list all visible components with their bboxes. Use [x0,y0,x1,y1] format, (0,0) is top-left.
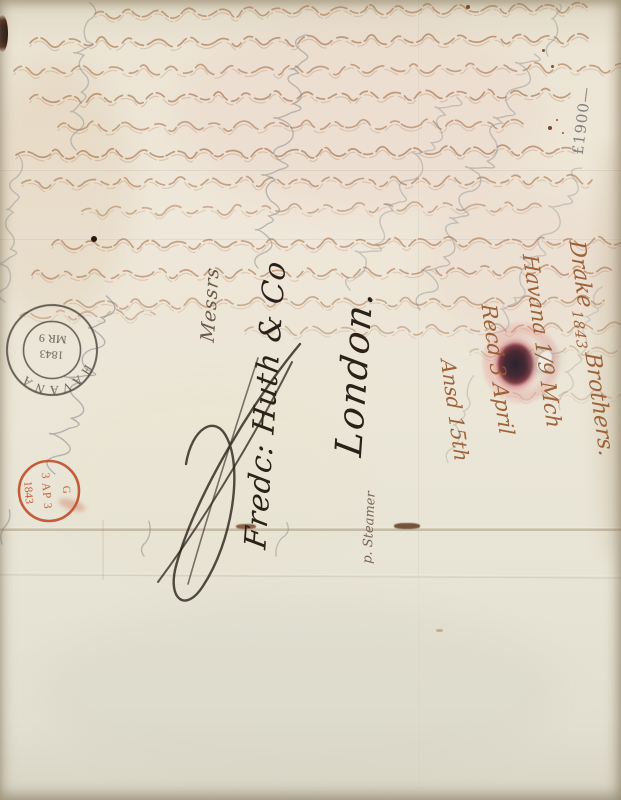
address-block: Messrs Fredc: Huth & Co London. [183,196,365,567]
scanned-letter-cover: HAVANA 1843 MR 9 G 3 AP 3 1843 Messrs Fr… [0,0,621,800]
docket-year: 1843 [568,310,590,349]
arrival-postmark: G 3 AP 3 1843 [16,458,82,524]
arrival-postmark-year: 1843 [21,481,35,505]
arrival-postmark-date: 3 AP 3 [39,472,54,510]
havana-postmark-year: 1843 [39,347,64,363]
arrival-postmark-code: G [60,485,73,494]
havana-postmark: HAVANA 1843 MR 9 [1,299,103,401]
havana-postmark-date: MR 9 [38,331,67,347]
